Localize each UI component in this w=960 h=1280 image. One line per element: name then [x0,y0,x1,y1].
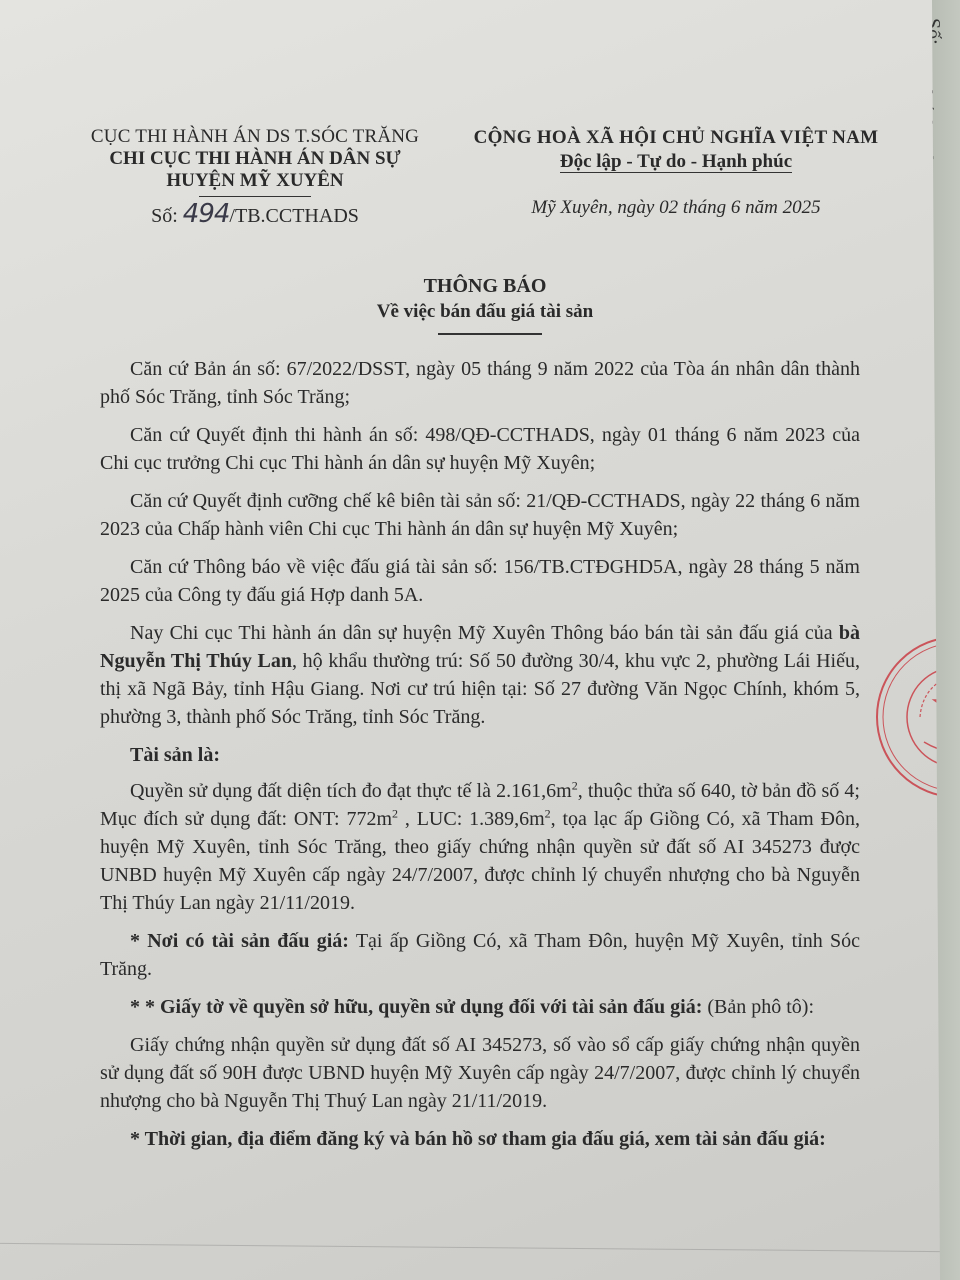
issuing-district: HUYỆN MỸ XUYÊN [60,170,450,192]
asset-description: Quyền sử dụng đất diện tích đo đạt thực … [100,777,860,917]
place-date: Mỹ Xuyên, ngày 02 tháng 6 năm 2025 [446,196,906,220]
national-header-block: CỘNG HOÀ XÃ HỘI CHỦ NGHĨA VIỆT NAM Độc l… [446,126,906,220]
issuing-agency-block: CỤC THI HÀNH ÁN DS T.SÓC TRĂNG CHI CỤC T… [60,126,450,227]
document-title-block: THÔNG BÁO Về việc bán đấu giá tài sản [0,273,940,335]
parent-agency: CỤC THI HÀNH ÁN DS T.SÓC TRĂNG [60,126,450,148]
legal-basis-1: Căn cứ Bản án số: 67/2022/DSST, ngày 05 … [100,355,860,411]
ownership-papers-heading: * * Giấy tờ về quyền sở hữu, quyền sử dụ… [100,993,860,1021]
handwritten-number: 494 [183,199,230,229]
paper-fold-line [0,1243,940,1252]
document-page: CỤC THI HÀNH ÁN DS T.SÓC TRĂNG CHI CỤC T… [0,0,940,1280]
issuing-office: CHI CỤC THI HÀNH ÁN DÂN SỰ [60,148,450,170]
national-motto: Độc lập - Tự do - Hạnh phúc [446,150,906,174]
document-subject: Về việc bán đấu giá tài sản [0,299,940,325]
document-body: Căn cứ Bản án số: 67/2022/DSST, ngày 05 … [100,355,860,1161]
notice-paragraph: Nay Chi cục Thi hành án dân sự huyện Mỹ … [100,619,860,731]
ownership-papers-text: Giấy chứng nhận quyền sử dụng đất số AI … [100,1031,860,1115]
document-title: THÔNG BÁO [0,273,940,299]
schedule-heading: * Thời gian, địa điểm đăng ký và bán hồ … [100,1125,860,1153]
title-divider [438,333,542,335]
legal-basis-3: Căn cứ Quyết định cưỡng chế kê biên tài … [100,487,860,543]
document-number: Số: 494/TB.CCTHADS [60,203,450,227]
nation-title: CỘNG HOÀ XÃ HỘI CHỦ NGHĨA VIỆT NAM [446,126,906,150]
assets-heading: Tài sản là: [100,741,860,769]
legal-basis-2: Căn cứ Quyết định thi hành án số: 498/QĐ… [100,421,860,477]
header-divider [199,196,311,197]
legal-basis-4: Căn cứ Thông báo về việc đấu giá tài sản… [100,553,860,609]
asset-location: * Nơi có tài sản đấu giá: Tại ấp Giồng C… [100,927,860,983]
